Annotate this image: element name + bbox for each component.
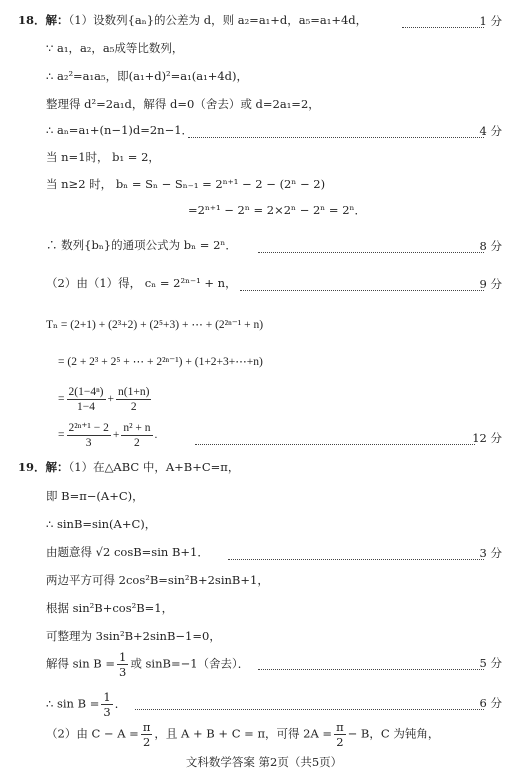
score-8: 8 分 [480, 238, 502, 254]
q19-number: 19． [18, 460, 46, 474]
score-6: 6 分 [480, 695, 502, 711]
dot-leader [195, 430, 475, 445]
q18-p2-l1: （2）由（1）得， cₙ = 2²ⁿ⁻¹ + n， [46, 276, 237, 290]
q19-p1-l3: ∴ sinB=sin(A+C)， [46, 517, 156, 531]
dot-leader [258, 655, 484, 670]
q18-p2-l5: =2²ⁿ⁺¹ − 23+n² + n2. [58, 421, 157, 450]
q18-p2-l3: = (2 + 2³ + 2⁵ + ⋯ + 2²ⁿ⁻¹) + (1+2+3+⋯+n… [58, 355, 263, 369]
page-footer: 文科数学答案 第2页（共5页） [0, 754, 528, 770]
q19-solve-label: 解： [46, 460, 69, 474]
fraction: 2²ⁿ⁺¹ − 23 [67, 421, 111, 450]
fraction: n² + n2 [121, 421, 152, 450]
q18-p2-l4: =2(1−4ⁿ)1−4+n(1+n)2 [58, 385, 153, 414]
fraction: 13 [101, 690, 112, 719]
dot-leader [135, 695, 484, 710]
q18-p2-l2: Tₙ = (2+1) + (2³+2) + (2⁵+3) + ⋯ + (2²ⁿ⁻… [46, 318, 263, 332]
score-1: 1 分 [480, 13, 502, 29]
q19-part1-line1: 19．解：（1）在△ABC 中，A+B+C=π， [18, 460, 239, 474]
q18-p1-l7: 当 n≥2 时， bₙ = Sₙ − Sₙ₋₁ = 2ⁿ⁺¹ − 2 − (2ⁿ… [46, 177, 325, 191]
q18-p1-l4: 整理得 d²=2a₁d，解得 d=0（舍去）或 d=2a₁=2， [46, 97, 320, 111]
q18-p1-l9: ∴ 数列{bₙ}的通项公式为 bₙ = 2ⁿ． [46, 238, 237, 252]
dot-leader [188, 123, 484, 138]
dot-leader [402, 13, 484, 28]
dot-leader [240, 276, 484, 291]
q18-p1-l2: ∵ a₁，a₂，a₅成等比数列， [46, 41, 183, 55]
q18-solve-label: 解： [46, 13, 69, 27]
q18-p1-l5: ∴ aₙ=a₁+(n−1)d=2n−1． [46, 123, 193, 137]
q18-p1-l8: =2ⁿ⁺¹ − 2ⁿ = 2×2ⁿ − 2ⁿ = 2ⁿ． [188, 203, 366, 217]
q19-p1-l5: 两边平方可得 2cos²B=sin²B+2sinB+1， [46, 573, 269, 587]
fraction: π2 [334, 720, 346, 749]
fraction: 13 [117, 650, 128, 679]
q19-p1-l8: 解得 sin B =13或 sinB=−1（舍去）． [46, 650, 249, 679]
score-4: 4 分 [480, 123, 502, 139]
q18-part1-line1: 18．解：（1）设数列{aₙ}的公差为 d，则 a₂=a₁+d，a₅=a₁+4d… [18, 13, 367, 27]
q18-p1-l6: 当 n=1时， b₁ = 2， [46, 150, 160, 164]
fraction: π2 [141, 720, 153, 749]
score-5: 5 分 [480, 655, 502, 671]
score-12: 12 分 [472, 430, 502, 446]
dot-leader [258, 238, 484, 253]
score-3: 3 分 [480, 545, 502, 561]
q19-p1-l9: ∴ sin B =13． [46, 690, 126, 719]
q18-p1-l1: （1）设数列{aₙ}的公差为 d，则 a₂=a₁+d，a₅=a₁+4d， [69, 13, 368, 27]
q19-p2-l1: （2）由 C − A =π2，且 A + B + C = π，可得 2A =π2… [46, 720, 439, 749]
q19-p1-l7: 可整理为 3sin²B+2sinB−1=0， [46, 629, 221, 643]
fraction: n(1+n)2 [116, 385, 151, 414]
q19-p1-l2: 即 B=π−(A+C)， [46, 489, 144, 503]
fraction: 2(1−4ⁿ)1−4 [67, 385, 106, 414]
score-9: 9 分 [480, 276, 502, 292]
q18-p1-l3: ∴ a₂²=a₁a₅，即(a₁+d)²=a₁(a₁+4d)， [46, 69, 248, 83]
q19-p1-l4: 由题意得 √2 cosB=sin B+1． [46, 545, 209, 559]
q19-p1-l6: 根据 sin²B+cos²B=1， [46, 601, 173, 615]
q18-number: 18． [18, 13, 46, 27]
dot-leader [228, 545, 484, 560]
